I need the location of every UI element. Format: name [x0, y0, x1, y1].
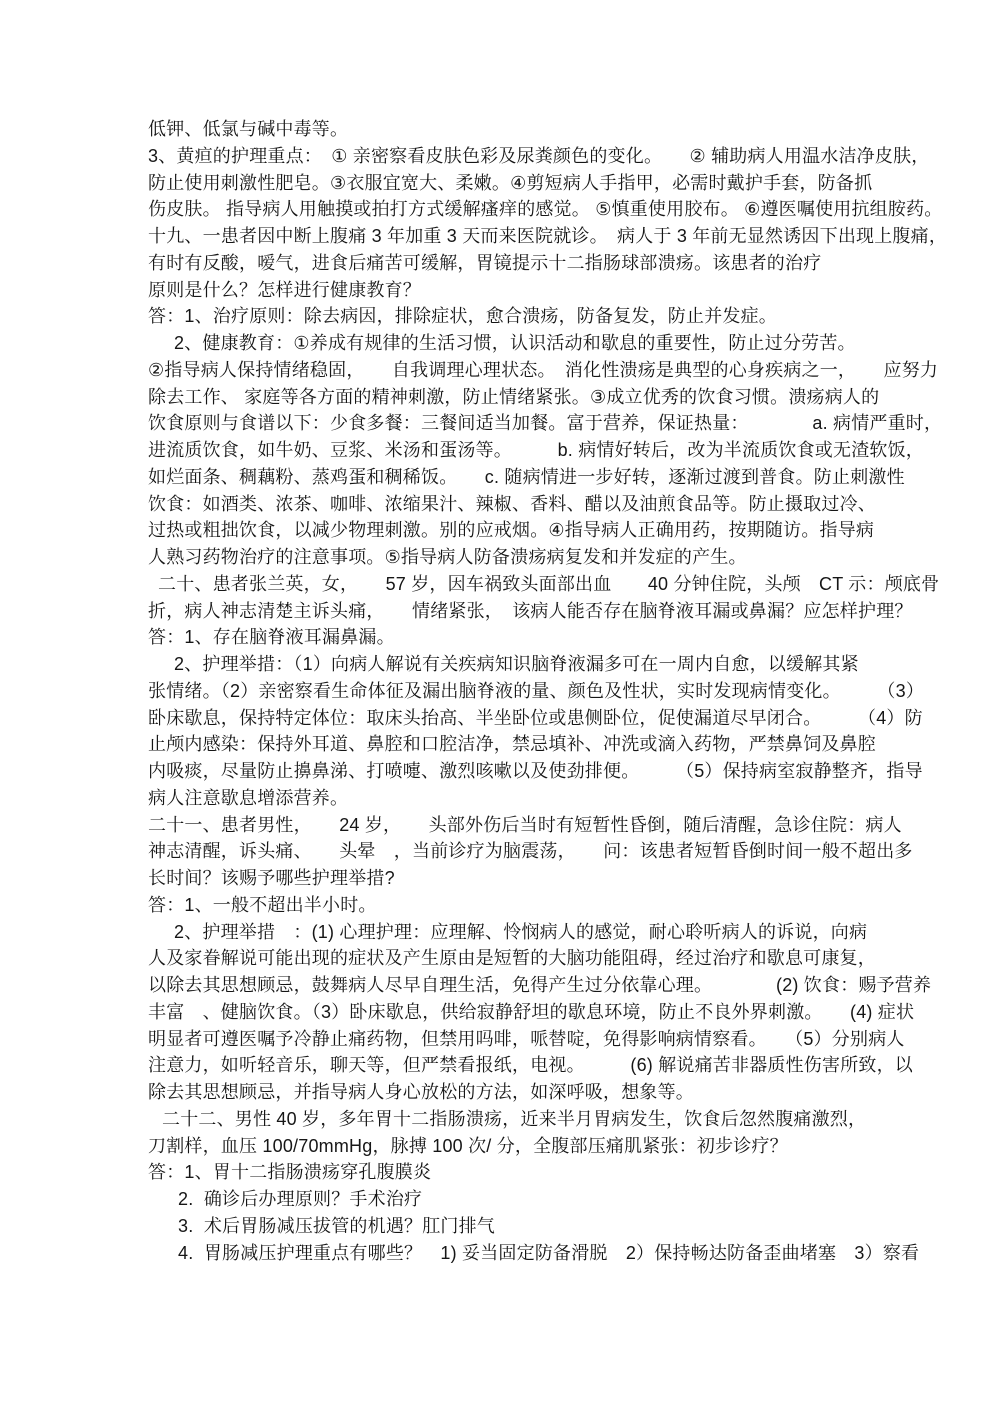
text-line: 折，病人神志清楚主诉头痛， 情绪紧张， 该病人能否存在脑脊液耳漏或鼻漏？应怎样护…	[148, 598, 938, 625]
text-line: 十九、一患者因中断上腹痛 3 年加重 3 天而来医院就诊。 病人于 3 年前无显…	[148, 223, 938, 250]
text-line: 防止使用刺激性肥皂。③衣服宜宽大、柔嫩。④剪短病人手指甲，必需时戴护手套，防备抓	[148, 170, 938, 197]
text-line: 2、健康教育：①养成有规律的生活习惯，认识活动和歇息的重要性，防止过分劳苦。	[148, 330, 938, 357]
text-line: 止颅内感染：保持外耳道、鼻腔和口腔洁净，禁忌填补、冲洗或滴入药物，严禁鼻饲及鼻腔	[148, 731, 938, 758]
text-line: 饮食：如酒类、浓茶、咖啡、浓缩果汁、辣椒、香料、醋以及油煎食品等。防止摄取过冷、	[148, 491, 938, 518]
text-line: 丰富 、健脑饮食。（3）卧床歇息，供给寂静舒坦的歇息环境，防止不良外界刺激。 (…	[148, 999, 938, 1026]
text-line: 二十二、男性 40 岁，多年胃十二指肠溃疡，近来半月胃病发生，饮食后忽然腹痛激烈…	[148, 1106, 938, 1133]
text-line: 有时有反酸，嗳气，进食后痛苦可缓解，胃镜提示十二指肠球部溃疡。该患者的治疗	[148, 250, 938, 277]
text-line: 4. 胃肠减压护理重点有哪些？ 1) 妥当固定防备滑脱 2）保持畅达防备歪曲堵塞…	[148, 1240, 938, 1267]
text-line: 2. 确诊后办理原则？手术治疗	[148, 1186, 938, 1213]
text-line: 病人注意歇息增添营养。	[148, 785, 938, 812]
text-line: 答：1、胃十二指肠溃疡穿孔腹膜炎	[148, 1159, 938, 1186]
text-line: 答：1、存在脑脊液耳漏鼻漏。	[148, 624, 938, 651]
text-line: 原则是什么？怎样进行健康教育？	[148, 277, 938, 304]
text-line: 内吸痰，尽量防止擤鼻涕、打喷嚏、激烈咳嗽以及使劲排便。 （5）保持病室寂静整齐，…	[148, 758, 938, 785]
text-line: 人及家眷解说可能出现的症状及产生原由是短暂的大脑功能阻碍，经过治疗和歇息可康复，	[148, 945, 938, 972]
text-line: 神志清醒，诉头痛、 头晕 ，当前诊疗为脑震荡， 问：该患者短暂昏倒时间一般不超出…	[148, 838, 938, 865]
text-line: 3. 术后胃肠减压拔管的机遇？肛门排气	[148, 1213, 938, 1240]
text-line: 注意力，如听轻音乐，聊天等，但严禁看报纸，电视。 (6) 解说痛苦非器质性伤害所…	[148, 1052, 938, 1079]
text-line: 答：1、治疗原则：除去病因，排除症状，愈合溃疡，防备复发，防止并发症。	[148, 303, 938, 330]
text-line: 卧床歇息，保持特定体位：取床头抬高、半坐卧位或患侧卧位，促使漏道尽早闭合。 （4…	[148, 705, 938, 732]
text-line: 张情绪。（2）亲密察看生命体征及漏出脑脊液的量、颜色及性状，实时发现病情变化。 …	[148, 678, 938, 705]
text-line: 进流质饮食，如牛奶、豆浆、米汤和蛋汤等。 b. 病情好转后，改为半流质饮食或无渣…	[148, 437, 938, 464]
text-line: 如烂面条、稠藕粉、蒸鸡蛋和稠稀饭。 c. 随病情进一步好转，逐渐过渡到普食。防止…	[148, 464, 938, 491]
text-line: 过热或粗拙饮食，以减少物理刺激。别的应戒烟。④指导病人正确用药，按期随访。指导病	[148, 517, 938, 544]
document-page: 低钾、低氯与碱中毒等。 3、黄疸的护理重点： ① 亲密察看皮肤色彩及尿粪颜色的变…	[0, 0, 1000, 1415]
text-line: 二十一、患者男性， 24 岁， 头部外伤后当时有短暂性昏倒，随后清醒，急诊住院：…	[148, 812, 938, 839]
text-line: 伤皮肤。 指导病人用触摸或拍打方式缓解瘙痒的感觉。 ⑤慎重使用胶布。 ⑥遵医嘱使…	[148, 196, 938, 223]
text-line: 低钾、低氯与碱中毒等。	[148, 116, 938, 143]
text-line: ②指导病人保持情绪稳固， 自我调理心理状态。 消化性溃疡是典型的心身疾病之一， …	[148, 357, 938, 384]
text-line: 除去其思想顾忌，并指导病人身心放松的方法，如深呼吸，想象等。	[148, 1079, 938, 1106]
document-text-block: 低钾、低氯与碱中毒等。 3、黄疸的护理重点： ① 亲密察看皮肤色彩及尿粪颜色的变…	[148, 116, 938, 1266]
text-line: 除去工作、 家庭等各方面的精神刺激，防止情绪紧张。③成立优秀的饮食习惯。溃疡病人…	[148, 384, 938, 411]
text-line: 二十、患者张兰英，女， 57 岁，因车祸致头面部出血 40 分钟住院，头颅 CT…	[148, 571, 938, 598]
text-line: 以除去其思想顾忌，鼓舞病人尽早自理生活，免得产生过分依靠心理。 (2) 饮食：赐…	[148, 972, 938, 999]
text-line: 人熟习药物治疗的注意事项。⑤指导病人防备溃疡病复发和并发症的产生。	[148, 544, 938, 571]
text-line: 长时间？该赐予哪些护理举措?	[148, 865, 938, 892]
text-line: 2、护理举措 ：(1) 心理护理：应理解、怜悯病人的感觉，耐心聆听病人的诉说，向…	[148, 919, 938, 946]
text-line: 3、黄疸的护理重点： ① 亲密察看皮肤色彩及尿粪颜色的变化。 ② 辅助病人用温水…	[148, 143, 938, 170]
text-line: 答：1、一般不超出半小时。	[148, 892, 938, 919]
text-line: 明显者可遵医嘱予冷静止痛药物，但禁用吗啡，哌替啶，免得影响病情察看。 （5）分别…	[148, 1026, 938, 1053]
text-line: 刀割样，血压 100/70mmHg，脉搏 100 次/ 分，全腹部压痛肌紧张：初…	[148, 1133, 938, 1160]
text-line: 饮食原则与食谱以下：少食多餐：三餐间适当加餐。富于营养，保证热量： a. 病情严…	[148, 410, 938, 437]
text-line: 2、护理举措：（1）向病人解说有关疾病知识脑脊液漏多可在一周内自愈，以缓解其紧	[148, 651, 938, 678]
